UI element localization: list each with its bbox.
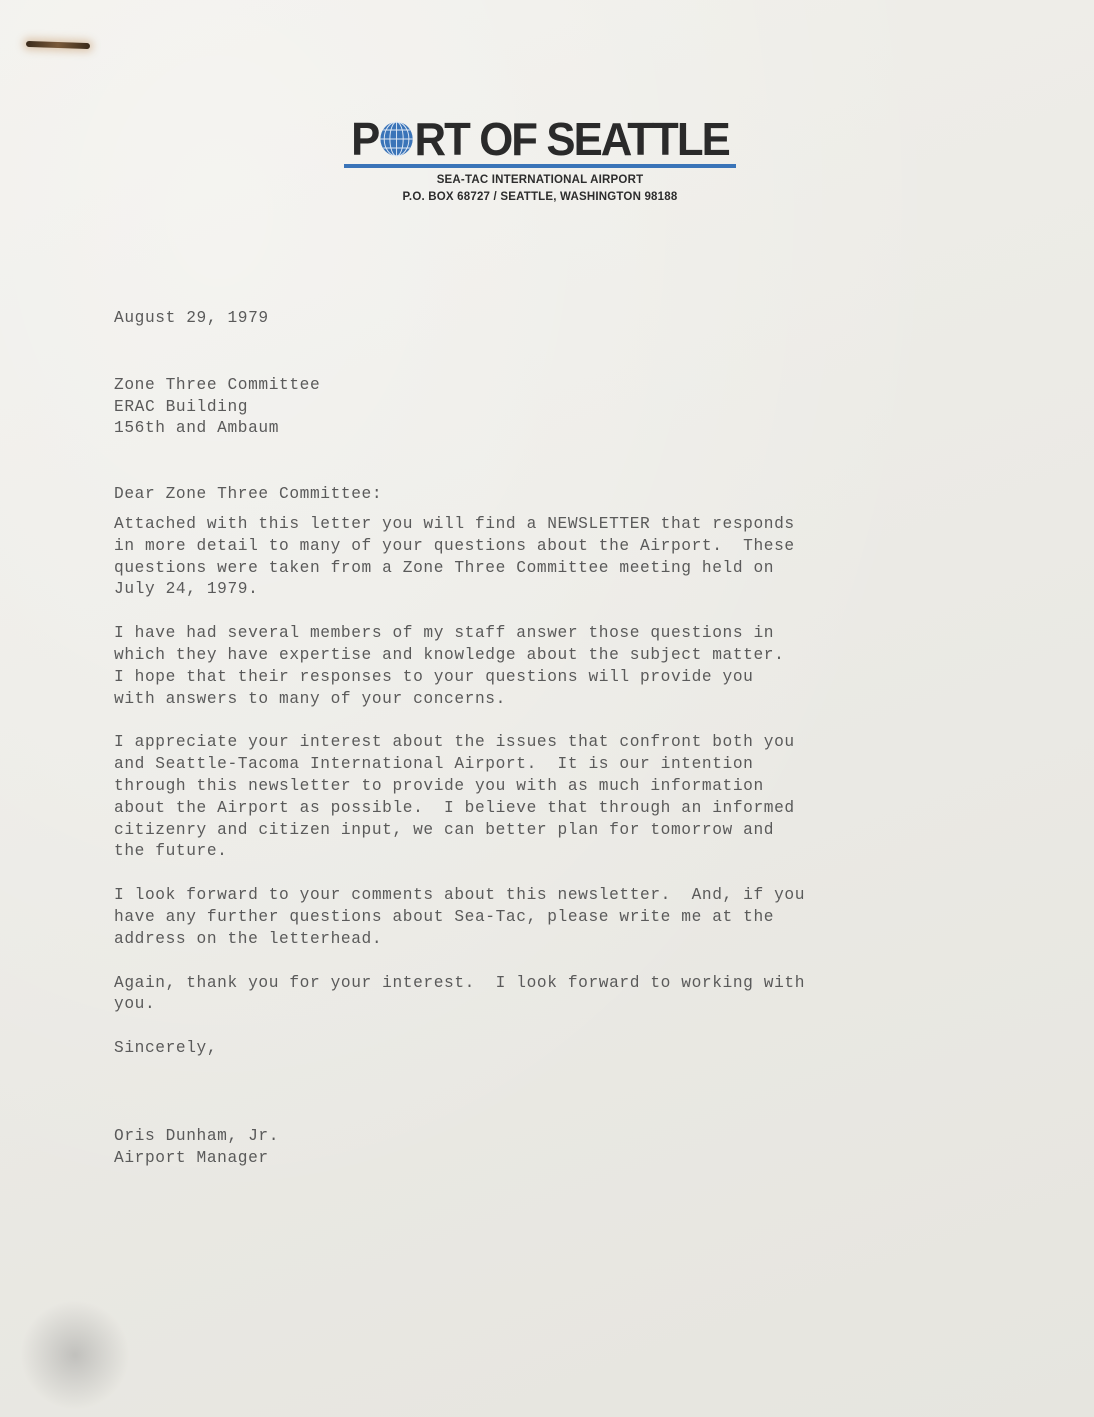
paragraph: Attached with this letter you will find … bbox=[114, 514, 1014, 601]
paragraph-line: have any further questions about Sea-Tac… bbox=[114, 907, 1014, 929]
paragraph-line: and Seattle-Tacoma International Airport… bbox=[114, 754, 1014, 776]
paragraph-line: I hope that their responses to your ques… bbox=[114, 667, 1014, 689]
globe-icon bbox=[379, 121, 413, 157]
recipient-line: 156th and Ambaum bbox=[114, 418, 1014, 440]
letter-body: August 29, 1979 Zone Three Committee ERA… bbox=[114, 308, 1014, 1170]
paragraph-line: in more detail to many of your questions… bbox=[114, 536, 1014, 558]
paragraph: I look forward to your comments about th… bbox=[114, 885, 1014, 950]
paragraph-line: the future. bbox=[114, 841, 1014, 863]
signer-name: Oris Dunham, Jr. bbox=[114, 1126, 1014, 1148]
paragraph-line: July 24, 1979. bbox=[114, 579, 1014, 601]
paragraph-line: questions were taken from a Zone Three C… bbox=[114, 558, 1014, 580]
paragraph-line: about the Airport as possible. I believe… bbox=[114, 798, 1014, 820]
paper-smudge bbox=[20, 1300, 130, 1410]
signer-title: Airport Manager bbox=[114, 1148, 1014, 1170]
letter-date: August 29, 1979 bbox=[114, 308, 1014, 330]
paragraph-line: I have had several members of my staff a… bbox=[114, 623, 1014, 645]
paragraph-line: address on the letterhead. bbox=[114, 929, 1014, 951]
letterhead-address: P.O. BOX 68727 / SEATTLE, WASHINGTON 981… bbox=[340, 189, 740, 206]
recipient-line: Zone Three Committee bbox=[114, 375, 1014, 397]
org-logo: P RT OF SEATTLE bbox=[350, 116, 730, 162]
closing: Sincerely, bbox=[114, 1038, 1014, 1060]
paragraph-line: through this newsletter to provide you w… bbox=[114, 776, 1014, 798]
paragraph-line: citizenry and citizen input, we can bett… bbox=[114, 820, 1014, 842]
paragraph: I have had several members of my staff a… bbox=[114, 623, 1014, 710]
paragraph: I appreciate your interest about the iss… bbox=[114, 732, 1014, 863]
paragraph-line: Again, thank you for your interest. I lo… bbox=[114, 973, 1014, 995]
letterhead-subtitle: SEA-TAC INTERNATIONAL AIRPORT bbox=[340, 172, 740, 189]
paragraph-line: you. bbox=[114, 994, 1014, 1016]
org-name-prefix: P bbox=[351, 116, 378, 162]
paragraph-line: with answers to many of your concerns. bbox=[114, 689, 1014, 711]
recipient-block: Zone Three Committee ERAC Building 156th… bbox=[114, 375, 1014, 440]
paragraph: Again, thank you for your interest. I lo… bbox=[114, 973, 1014, 1017]
salutation: Dear Zone Three Committee: bbox=[114, 484, 1014, 506]
paragraph-line: which they have expertise and knowledge … bbox=[114, 645, 1014, 667]
paragraph-line: Attached with this letter you will find … bbox=[114, 514, 1014, 536]
org-name-suffix: RT OF SEATTLE bbox=[414, 116, 728, 162]
paragraph-line: I appreciate your interest about the iss… bbox=[114, 732, 1014, 754]
paragraph-line: I look forward to your comments about th… bbox=[114, 885, 1014, 907]
recipient-line: ERAC Building bbox=[114, 397, 1014, 419]
letterhead: P RT OF SEATTLE SEA-TAC INTERNATIONAL AI… bbox=[340, 116, 740, 206]
